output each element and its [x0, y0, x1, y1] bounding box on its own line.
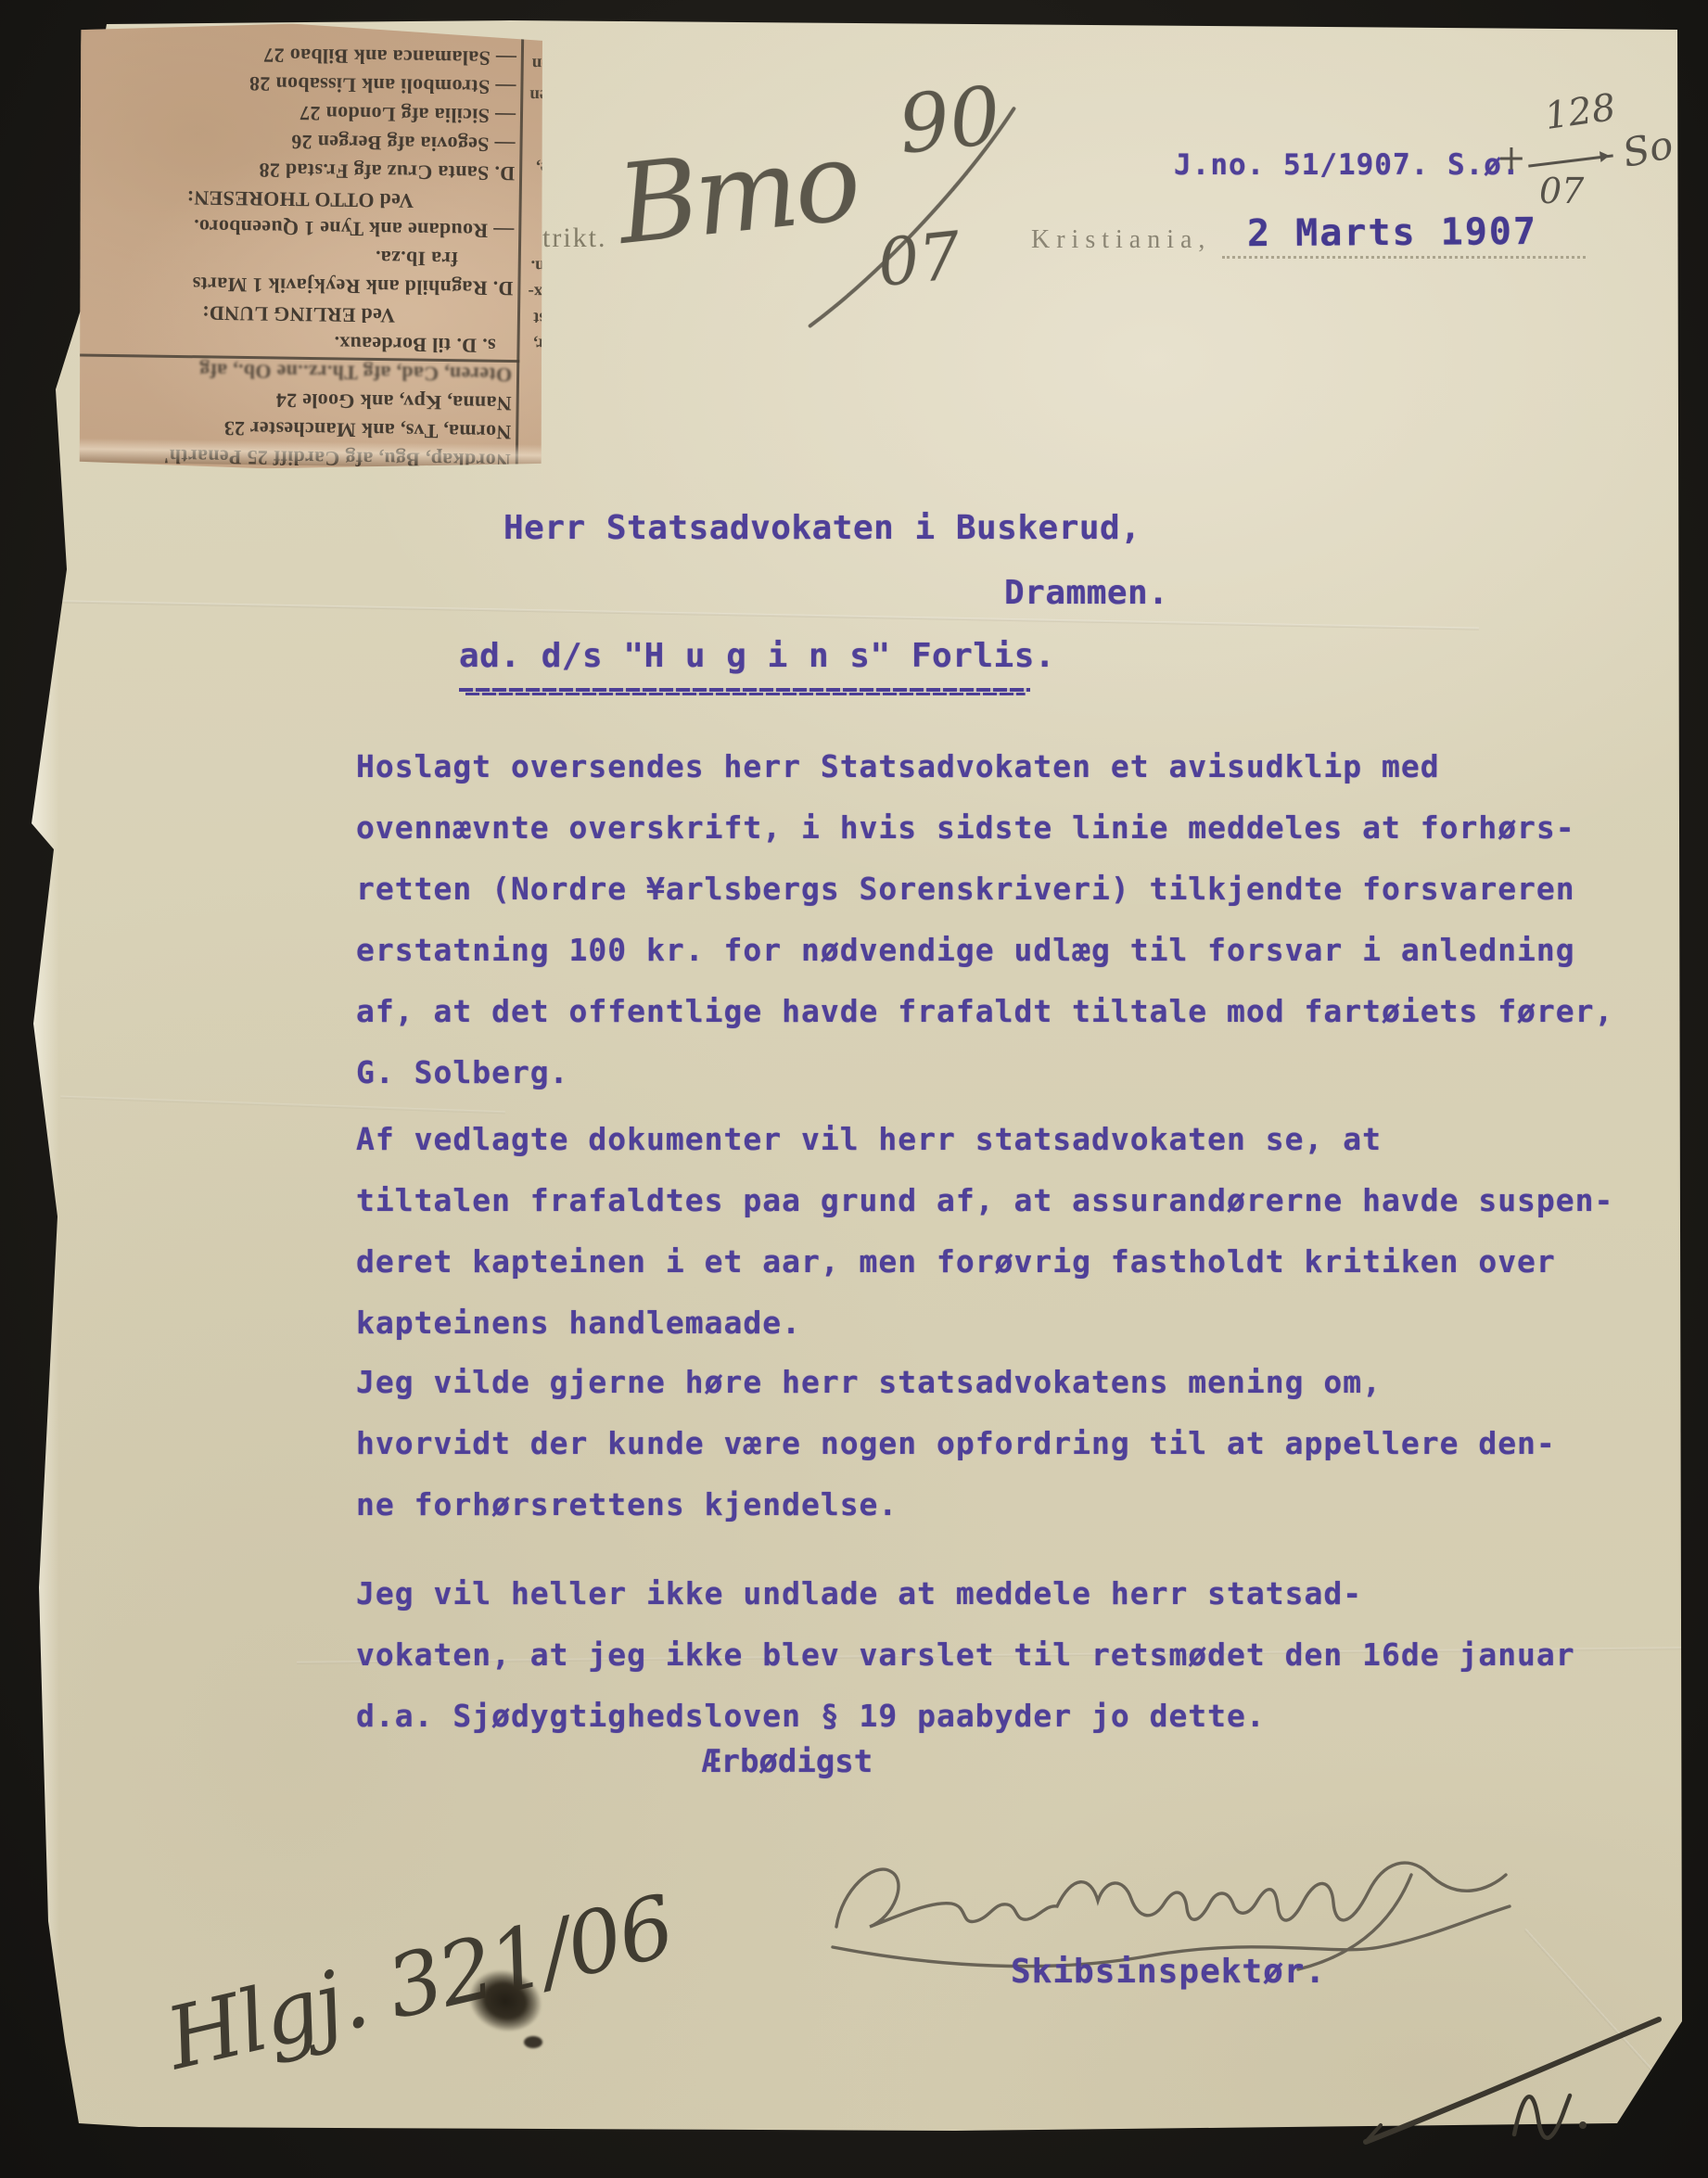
- letter-line: vokaten, at jeg ikke blev varslet til re…: [356, 1624, 1603, 1686]
- letter-line: deret kapteinen i et aar, men forøvrig f…: [356, 1231, 1603, 1293]
- clipping-line: D. Ragnhild ank Reykjavik 1 Marts: [84, 269, 513, 303]
- letter-line: tiltalen frafaldtes paa grund af, at ass…: [356, 1170, 1603, 1231]
- clipping-shipping-list: Nordkap, Bgu, afg Cardiff 25 Penarth'Nor…: [83, 39, 516, 473]
- letter-line: retten (Nordre ¥arlsbergs Sorenskriveri)…: [356, 859, 1603, 920]
- ink-speck: [524, 2036, 542, 2048]
- clipping-line: — Stromboli ank Lissabon 28: [87, 68, 516, 102]
- clipping-line: — Segovia afg Bergen 26: [86, 125, 515, 159]
- clipping-line: D. Santa Cruz afg Fr.stad 28: [86, 154, 515, 188]
- paragraph: Jeg vilde gjerne høre herr statsadvokate…: [356, 1352, 1603, 1535]
- recipient-city: Drammen.: [1004, 574, 1168, 612]
- clipping-line: — Sicilia afg London 27: [87, 96, 516, 131]
- subject-line: ad. d/s "H u g i n s" Forlis.: [459, 637, 1055, 675]
- letter-line: Af vedlagte dokumenter vil herr statsadv…: [356, 1109, 1603, 1170]
- clipping-line: Nanna, Kpv, ank Goole 24: [83, 384, 511, 418]
- clipping-line: Ved OTTO THORESEN:: [86, 183, 515, 217]
- subject-underline: [459, 688, 1030, 695]
- clipping-line: Ved ERLING LUND:: [84, 298, 513, 332]
- newspaper-clipping: r,stx-n.e,enen Nordkap, Bgu, afg Cardiff…: [75, 20, 553, 472]
- filing-numerator: 128: [1542, 86, 1618, 138]
- initial-paraph: [1349, 2001, 1692, 2172]
- plus-sign: +: [1497, 137, 1526, 178]
- clipping-text-fragment: x-: [528, 281, 542, 301]
- handwritten-case-annotation: Bmo 90 07: [588, 39, 1151, 363]
- letter-line: ovennævnte overskrift, i hvis sidste lin…: [356, 797, 1603, 859]
- letter-line: Hoslagt oversendes herr Statsadvokaten e…: [356, 736, 1603, 797]
- letter-line: erstatning 100 kr. for nødvendige udlæg …: [356, 920, 1603, 981]
- letter-line: G. Solberg.: [356, 1042, 1603, 1103]
- letter-line: ne forhørsrettens kjendelse.: [356, 1474, 1603, 1535]
- clipping-line: Oteren, Cad, afg Th.rz..ne Ob., afg: [83, 355, 512, 389]
- signer-title: Skibsinspektør.: [1011, 1953, 1326, 1991]
- filing-denominator: 07: [1539, 171, 1584, 211]
- letter-line: Jeg vil heller ikke undlade at meddele h…: [356, 1563, 1603, 1624]
- letter-line: d.a. Sjødygtighedsloven § 19 paabyder jo…: [356, 1686, 1603, 1747]
- paper-crease: [60, 600, 1479, 630]
- letter-line: Jeg vilde gjerne høre herr statsadvokate…: [356, 1352, 1603, 1413]
- letter-line: hvorvidt der kunde være nogen opfordring…: [356, 1413, 1603, 1474]
- clipping-line: — Roudane ank Tyne 1 Queenboro.: [85, 211, 514, 246]
- filing-suffix: So: [1618, 121, 1676, 176]
- paragraph: Af vedlagte dokumenter vil herr statsadv…: [356, 1109, 1603, 1354]
- letter-line: kapteinens handlemaade.: [356, 1293, 1603, 1354]
- clipping-line: Norma, Tvs, ank Manchester 23: [83, 413, 511, 447]
- case-denominator: 07: [874, 217, 964, 301]
- journal-number: J.no. 51/1907. S.ø.: [1174, 148, 1521, 182]
- case-fraction-slash: [588, 39, 1151, 363]
- clipping-line: — Salamanca ank Bilbao 27: [88, 39, 516, 73]
- paragraph: Jeg vil heller ikke undlade at meddele h…: [356, 1563, 1603, 1747]
- letter-line: af, at det offentlige havde frafaldt til…: [356, 981, 1603, 1042]
- recipient-line: Herr Statsadvokaten i Buskerud,: [503, 509, 1141, 547]
- valediction: Ærbødigst: [702, 1743, 873, 1780]
- letterhead-fragment: trikt.: [542, 223, 607, 254]
- fraction-bar: [1528, 154, 1613, 167]
- paragraph: Hoslagt oversendes herr Statsadvokaten e…: [356, 736, 1603, 1103]
- clipping-line: fra Ib.za.: [85, 240, 458, 274]
- date-stamp: 2 Marts 1907: [1247, 210, 1537, 255]
